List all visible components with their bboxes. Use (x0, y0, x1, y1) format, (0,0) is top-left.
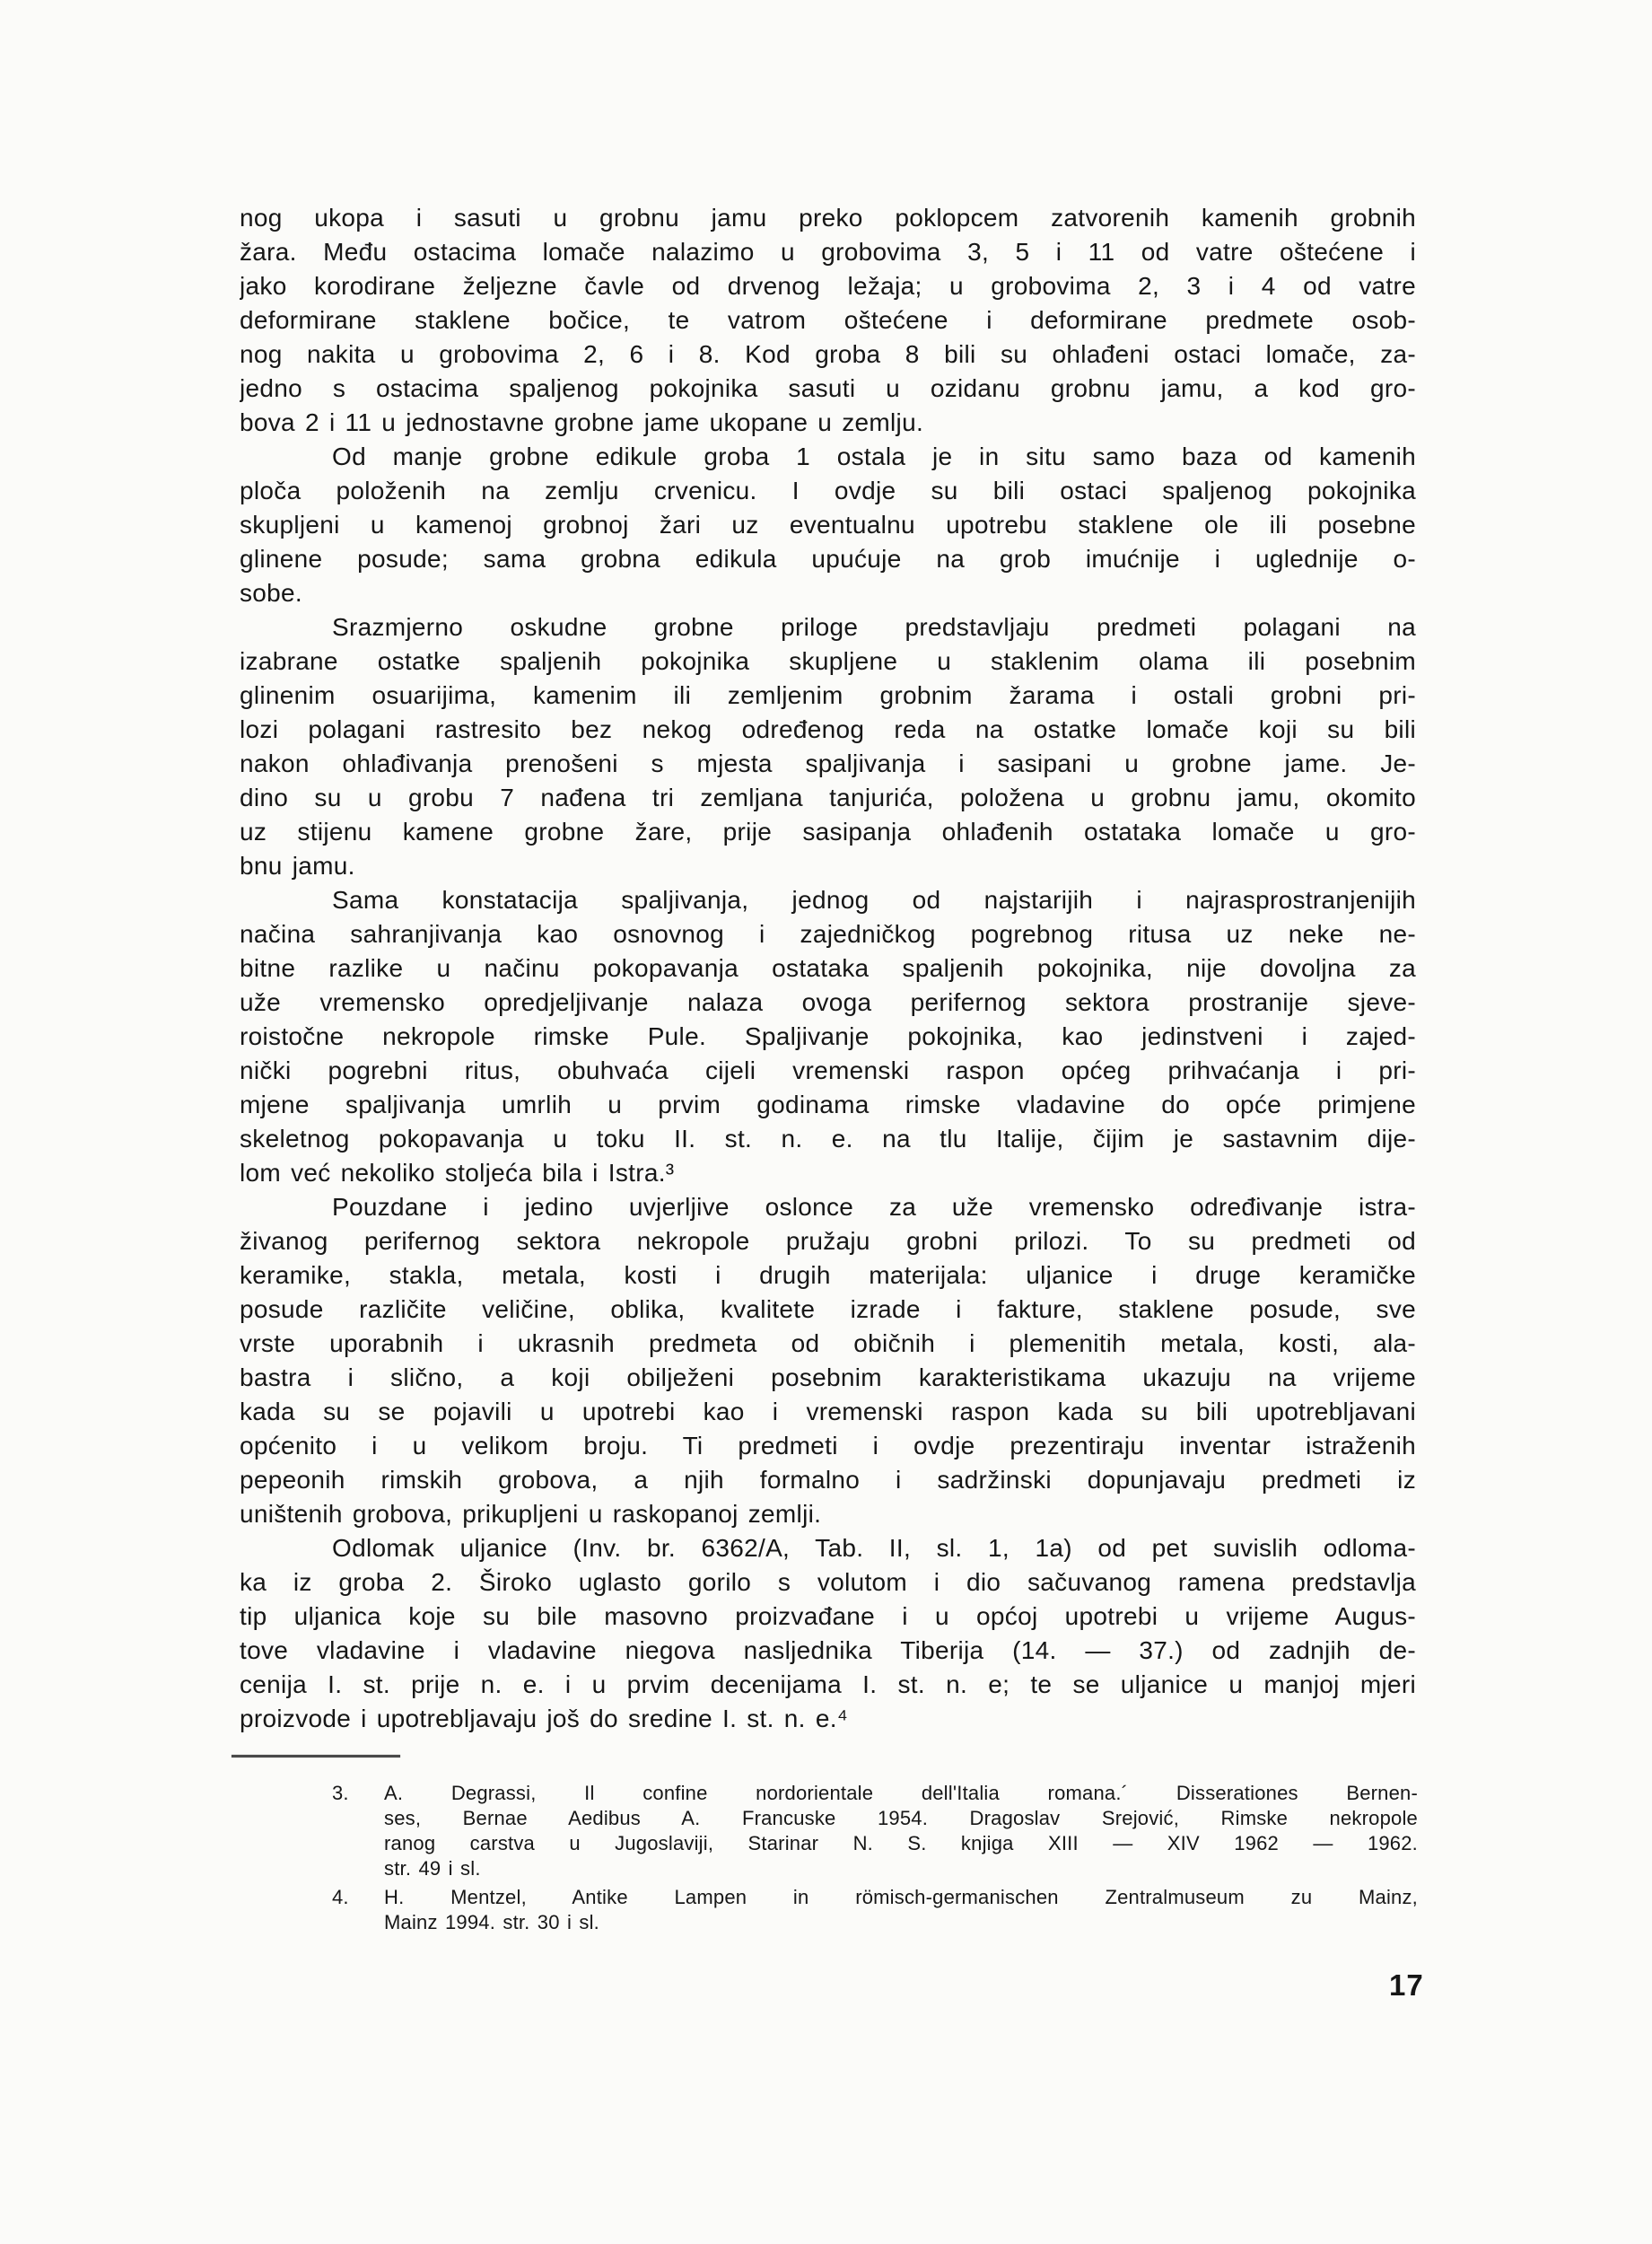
text-line: glinenim osuarijima, kamenim ili zemljen… (240, 679, 1416, 713)
text-line: pepeonih rimskih grobova, a njih formaln… (240, 1463, 1416, 1497)
text-line: bitne razlike u načinu pokopavanja ostat… (240, 951, 1416, 986)
text-line: nog ukopa i sasuti u grobnu jamu preko p… (240, 201, 1416, 235)
footnote-line: Mainz 1994. str. 30 i sl. (332, 1910, 1418, 1935)
footnote-line: 3.A. Degrassi, Il confine nordorientale … (332, 1781, 1418, 1806)
footnote: 3.A. Degrassi, Il confine nordorientale … (332, 1781, 1418, 1881)
footnote-separator (232, 1755, 400, 1758)
text-line: žara. Među ostacima lomače nalazimo u gr… (240, 235, 1416, 269)
footnote-line: ranog carstva u Jugoslaviji, Starinar N.… (332, 1831, 1418, 1856)
text-line: bastra i slično, a koji obilježeni poseb… (240, 1361, 1416, 1395)
footnote-text: A. Degrassi, Il confine nordorientale de… (384, 1782, 1418, 1804)
body-text: nog ukopa i sasuti u grobnu jamu preko p… (240, 201, 1416, 1736)
text-line: vrste uporabnih i ukrasnih predmeta od o… (240, 1327, 1416, 1361)
text-line: proizvode i upotrebljavaju još do sredin… (240, 1702, 1416, 1736)
text-line: skeletnog pokopavanja u toku II. st. n. … (240, 1122, 1416, 1156)
paragraph: Srazmjerno oskudne grobne priloge predst… (240, 610, 1416, 883)
text-line: Pouzdane i jedino uvjerljive oslonce za … (240, 1190, 1416, 1224)
text-line: nakon ohlađivanja prenošeni s mjesta spa… (240, 747, 1416, 781)
text-line: bova 2 i 11 u jednostavne grobne jame uk… (240, 406, 1416, 440)
paragraph: Sama konstatacija spaljivanja, jednog od… (240, 883, 1416, 1190)
text-line: nog nakita u grobovima 2, 6 i 8. Kod gro… (240, 337, 1416, 372)
footnote-line: ses, Bernae Aedibus A. Francuske 1954. D… (332, 1806, 1418, 1831)
text-line: Odlomak uljanice (Inv. br. 6362/A, Tab. … (240, 1531, 1416, 1565)
text-line: uništenih grobova, prikupljeni u raskopa… (240, 1497, 1416, 1531)
text-line: glinene posude; sama grobna edikula upuć… (240, 542, 1416, 576)
text-line: izabrane ostatke spaljenih pokojnika sku… (240, 644, 1416, 679)
page-number: 17 (1389, 1968, 1424, 2003)
text-line: načina sahranjivanja kao osnovnog i zaje… (240, 917, 1416, 951)
text-line: deformirane staklene bočice, te vatrom o… (240, 303, 1416, 337)
text-line: kada su se pojavili u upotrebi kao i vre… (240, 1395, 1416, 1429)
text-line: ploča položenih na zemlju crvenicu. I ov… (240, 474, 1416, 508)
text-line: lozi polagani rastresito bez nekog određ… (240, 713, 1416, 747)
text-line: općenito i u velikom broju. Ti predmeti … (240, 1429, 1416, 1463)
text-line: dino su u grobu 7 nađena tri zemljana ta… (240, 781, 1416, 815)
footnote-text: H. Mentzel, Antike Lampen in römisch-ger… (384, 1886, 1418, 1908)
text-line: keramike, stakla, metala, kosti i drugih… (240, 1258, 1416, 1293)
text-line: ka iz groba 2. Široko uglasto gorilo s v… (240, 1565, 1416, 1600)
text-line: jedno s ostacima spaljenog pokojnika sas… (240, 372, 1416, 406)
paragraph: Odlomak uljanice (Inv. br. 6362/A, Tab. … (240, 1531, 1416, 1736)
footnote-number: 3. (332, 1781, 384, 1806)
text-line: mjene spaljivanja umrlih u prvim godinam… (240, 1088, 1416, 1122)
text-line: tip uljanica koje su bile masovno proizv… (240, 1600, 1416, 1634)
text-line: živanog perifernog sektora nekropole pru… (240, 1224, 1416, 1258)
footnote-line: 4.H. Mentzel, Antike Lampen in römisch-g… (332, 1885, 1418, 1910)
text-line: posude različite veličine, oblika, kvali… (240, 1293, 1416, 1327)
text-line: Srazmjerno oskudne grobne priloge predst… (240, 610, 1416, 644)
text-line: tove vladavine i vladavine niegova naslj… (240, 1634, 1416, 1668)
text-line: uz stijenu kamene grobne žare, prije sas… (240, 815, 1416, 849)
paragraph: Od manje grobne edikule groba 1 ostala j… (240, 440, 1416, 610)
text-line: Od manje grobne edikule groba 1 ostala j… (240, 440, 1416, 474)
text-line: jako korodirane željezne čavle od drveno… (240, 269, 1416, 303)
paragraph: Pouzdane i jedino uvjerljive oslonce za … (240, 1190, 1416, 1531)
text-line: cenija I. st. prije n. e. i u prvim dece… (240, 1668, 1416, 1702)
footnote-line: str. 49 i sl. (332, 1856, 1418, 1881)
text-line: bnu jamu. (240, 849, 1416, 883)
footnote: 4.H. Mentzel, Antike Lampen in römisch-g… (332, 1885, 1418, 1935)
scanned-document-page: nog ukopa i sasuti u grobnu jamu preko p… (0, 0, 1652, 2244)
footnotes: 3.A. Degrassi, Il confine nordorientale … (332, 1781, 1418, 1935)
paragraph: nog ukopa i sasuti u grobnu jamu preko p… (240, 201, 1416, 440)
text-line: sobe. (240, 576, 1416, 610)
text-line: roistočne nekropole rimske Pule. Spaljiv… (240, 1020, 1416, 1054)
text-line: lom već nekoliko stoljeća bila i Istra.³ (240, 1156, 1416, 1190)
text-line: uže vremensko opredjeljivanje nalaza ovo… (240, 986, 1416, 1020)
text-line: Sama konstatacija spaljivanja, jednog od… (240, 883, 1416, 917)
footnote-number: 4. (332, 1885, 384, 1910)
text-line: nički pogrebni ritus, obuhvaća cijeli vr… (240, 1054, 1416, 1088)
text-line: skupljeni u kamenoj grobnoj žari uz even… (240, 508, 1416, 542)
